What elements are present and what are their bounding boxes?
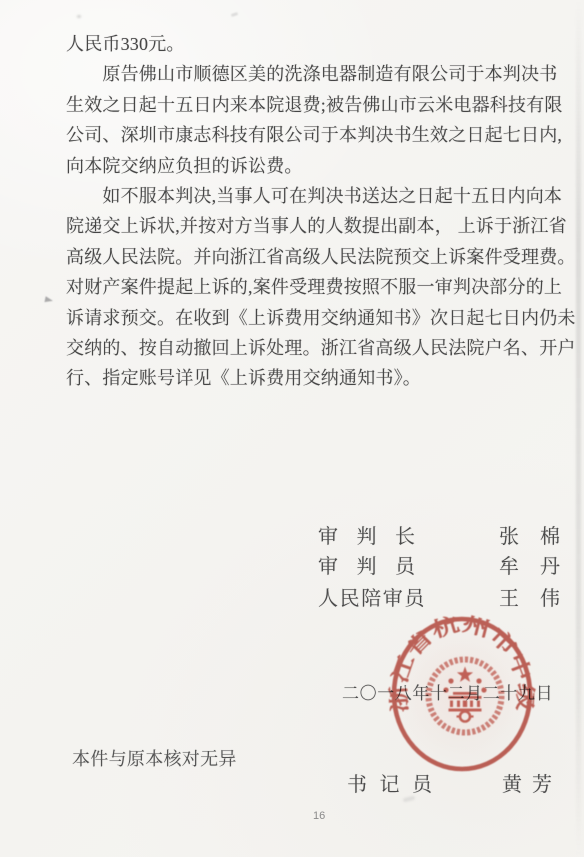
emblem-small-star (448, 678, 453, 683)
judge-role-label: 审判长 (318, 520, 434, 549)
judgment-body-text: 人民币330元。 原告佛山市顺德区美的洗涤电器制造有限公司于本判决书 生效之日起… (66, 29, 581, 394)
body-line: 对财产案件提起上诉的,案件受理费按照不服一审判决部分的上 (66, 272, 581, 302)
judge-name: 张棉 (499, 520, 581, 549)
scan-smudge (44, 296, 53, 304)
body-line: 院递交上诉状,并按对方当事人的人数提出副本， 上诉于浙江省 (66, 211, 581, 241)
signature-row-peoples-assessor: 人民陪审员 王伟 (0, 582, 584, 608)
judge-name: 牟丹 (499, 550, 581, 579)
judge-role-label: 审判员 (318, 550, 434, 579)
body-line: 高级人民法院。并向浙江省高级人民法院预交上诉案件受理费。 (66, 242, 581, 272)
emblem-small-star (476, 678, 481, 683)
emblem-small-star (481, 687, 486, 692)
page-number: 16 (313, 810, 325, 822)
emblem-big-star (457, 667, 473, 682)
copy-verification-note: 本件与原本核对无异 (72, 745, 237, 771)
judge-name: 王伟 (499, 582, 581, 611)
emblem-gate-roof (453, 692, 477, 695)
body-line: 公司、深圳市康志科技有限公司于本判决书生效之日起七日内, (66, 120, 581, 150)
body-line: 生效之日起十五日内来本院退费;被告佛山市云米电器科技有限 (66, 90, 581, 120)
signature-row-presiding-judge: 审判长 张棉 (0, 520, 584, 546)
scan-smudge (231, 12, 239, 17)
body-line: 向本院交纳应负担的诉讼费。 (66, 151, 581, 181)
judge-role-label: 人民陪审员 (318, 582, 426, 611)
emblem-gear (460, 712, 470, 722)
body-line: 诉请求预交。在收到《上诉费用交纳通知书》次日起七日内仍未 (66, 303, 581, 333)
scan-smudge (77, 15, 81, 18)
body-line: 原告佛山市顺德区美的洗涤电器制造有限公司于本判决书 (66, 59, 581, 89)
body-line: 行、指定账号详见《上诉费用交纳通知书》。 (66, 363, 581, 393)
signature-row-judge: 审判员 牟丹 (0, 550, 584, 576)
body-line: 人民币330元。 (66, 29, 581, 59)
emblem-gate-eave (449, 696, 482, 699)
court-seal: 浙江省杭州市中级人民法院 (377, 608, 547, 778)
emblem-small-star (443, 687, 448, 692)
body-line: 交纳的、按自动撤回上诉处理。浙江省高级人民法院户名、开户 (66, 333, 581, 363)
body-line: 如不服本判决,当事人可在判决书送达之日起十五日内向本 (66, 181, 581, 211)
scanned-judgment-page: 人民币330元。 原告佛山市顺德区美的洗涤电器制造有限公司于本判决书 生效之日起… (0, 0, 584, 857)
national-emblem (429, 660, 502, 733)
